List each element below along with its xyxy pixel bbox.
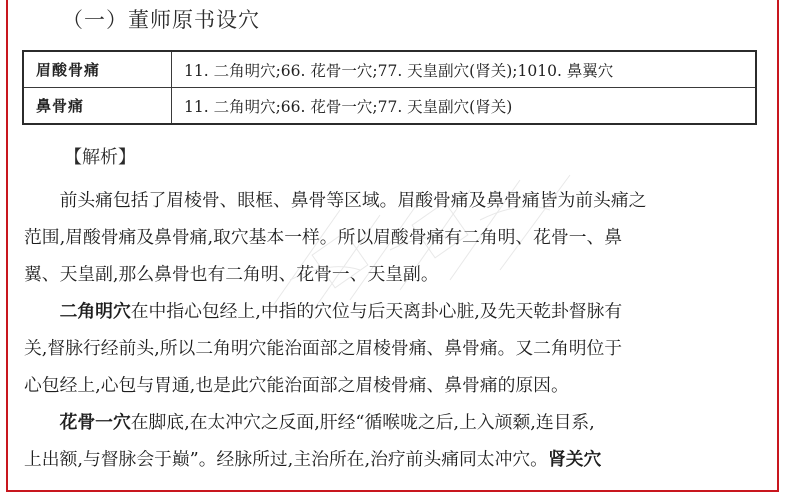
condition-cell: 鼻骨痛	[23, 88, 172, 125]
analysis-body: 前头痛包括了眉棱骨、眼框、鼻骨等区域。眉酸骨痛及鼻骨痛皆为前头痛之 范围,眉酸骨…	[24, 182, 759, 478]
points-cell: 11. 二角明穴;66. 花骨一穴;77. 天皇副穴(肾关)	[172, 88, 757, 125]
paragraph-huaguyi: 花骨一穴在脚底,在太冲穴之反面,肝经“循喉咙之后,上入颃颡,连目系,	[24, 404, 759, 441]
text-line: 翼、天皇副,那么鼻骨也有二角明、花骨一、天皇副。	[24, 256, 759, 293]
acupoint-name-bold: 二角明穴	[60, 301, 131, 322]
condition-cell: 眉酸骨痛	[23, 51, 172, 88]
text-line: 关,督脉行经前头,所以二角明穴能治面部之眉棱骨痛、鼻骨痛。又二角明位于	[24, 330, 759, 367]
acupoint-name-bold: 肾关穴	[548, 449, 601, 470]
paragraph-frontal-headache: 前头痛包括了眉棱骨、眼框、鼻骨等区域。眉酸骨痛及鼻骨痛皆为前头痛之	[24, 182, 759, 219]
points-cell: 11. 二角明穴;66. 花骨一穴;77. 天皇副穴(肾关);1010. 鼻翼穴	[172, 51, 757, 88]
paragraph-erjiaoming: 二角明穴在中指心包经上,中指的穴位与后天离卦心脏,及先天乾卦督脉有	[24, 293, 759, 330]
table-row: 鼻骨痛 11. 二角明穴;66. 花骨一穴;77. 天皇副穴(肾关)	[23, 88, 756, 125]
text-line: 上出额,与督脉会于巅”。经脉所过,主治所在,治疗前头痛同太冲穴。	[24, 449, 548, 470]
section-title: （一）董师原书设穴	[62, 4, 260, 34]
analysis-heading: 【解析】	[64, 143, 136, 169]
text-line: 心包经上,心包与胃通,也是此穴能治面部之眉棱骨痛、鼻骨痛的原因。	[24, 367, 759, 404]
table-row: 眉酸骨痛 11. 二角明穴;66. 花骨一穴;77. 天皇副穴(肾关);1010…	[23, 51, 756, 88]
acupoint-name-bold: 花骨一穴	[60, 412, 131, 433]
text-line: 前头痛包括了眉棱骨、眼框、鼻骨等区域。眉酸骨痛及鼻骨痛皆为前头痛之	[24, 182, 759, 219]
acupoint-table: 眉酸骨痛 11. 二角明穴;66. 花骨一穴;77. 天皇副穴(肾关);1010…	[22, 50, 757, 125]
text-line: 在中指心包经上,中指的穴位与后天离卦心脏,及先天乾卦督脉有	[131, 301, 622, 322]
text-line: 范围,眉酸骨痛及鼻骨痛,取穴基本一样。所以眉酸骨痛有二角明、花骨一、鼻	[24, 219, 759, 256]
text-line: 在脚底,在太冲穴之反面,肝经“循喉咙之后,上入颃颡,连目系,	[131, 412, 595, 433]
